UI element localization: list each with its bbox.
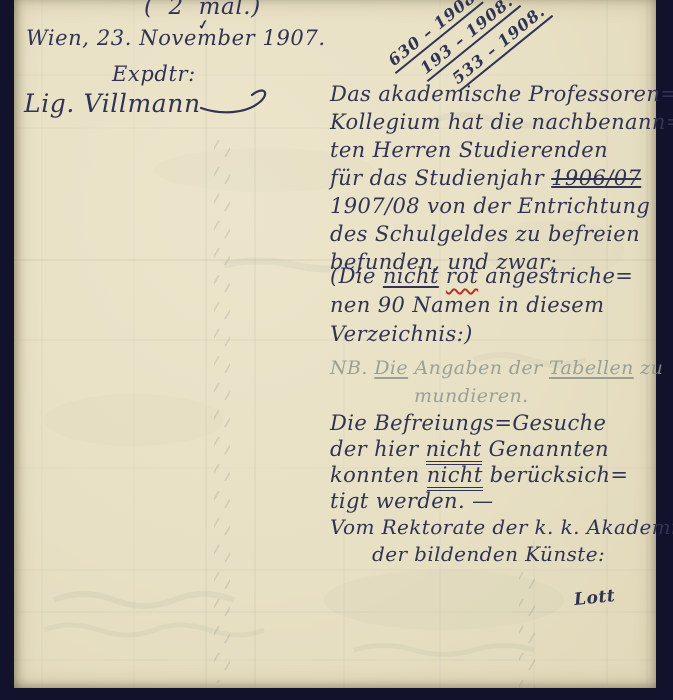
handwritten-line: der bildenden Künste: <box>372 541 673 568</box>
handwritten-line: Kollegium hat die nachbenann= <box>330 108 673 136</box>
line-text: der hier <box>330 437 426 461</box>
paragraph-resolution: Das akademische Professoren= Kollegium h… <box>330 80 673 276</box>
handwritten-line: für das Studienjahr 1906/07 <box>330 164 673 192</box>
expedite-signature-text: Lig. Villmann <box>24 89 201 118</box>
red-underlined-word: rot <box>446 264 478 288</box>
document-page: ( 2 mal.) ✓ Wien, 23. November 1907. Exp… <box>14 0 656 688</box>
underlined-word: Tabellen <box>549 357 634 379</box>
handwritten-line: Das akademische Professoren= <box>330 80 673 108</box>
handwritten-line: NB. Die Angaben der Tabellen zu <box>330 354 663 382</box>
handwritten-line: nen 90 Namen in diesem <box>330 291 633 320</box>
handwritten-line: (Die nicht rot angestriche= <box>330 262 633 291</box>
line-text: berücksich= <box>483 463 629 487</box>
handwritten-line: Verzeichnis:) <box>330 320 633 349</box>
paragraph-remark: Die Befreiungs=Gesuche der hier nicht Ge… <box>330 410 628 514</box>
handwritten-line: ten Herren Studierenden <box>330 136 673 164</box>
expedite-signature: Lig. Villmann <box>24 88 277 118</box>
line-text: angestriche= <box>478 264 633 288</box>
line-text <box>439 264 446 288</box>
expedite-label: Expdtr: <box>112 62 196 86</box>
line-text: für das Studienjahr <box>330 166 551 190</box>
line-text: Angaben der <box>408 357 549 379</box>
double-underlined-word: nicht <box>426 437 482 465</box>
line-text: NB. <box>330 357 374 379</box>
dateline: Wien, 23. November 1907. <box>26 26 326 50</box>
handwritten-line: 1907/08 von der Entrichtung <box>330 192 673 220</box>
line-text: konnten <box>330 463 427 487</box>
line-text: zu <box>634 357 664 379</box>
signature-flourish <box>199 88 277 116</box>
handwritten-line: Die Befreiungs=Gesuche <box>330 410 628 436</box>
scanned-document: ( 2 mal.) ✓ Wien, 23. November 1907. Exp… <box>0 0 673 700</box>
struck-year: 1906/07 <box>551 166 641 190</box>
handwritten-line: der hier nicht Genannten <box>330 436 628 462</box>
handwritten-line: Vom Rektorate der k. k. Akademie <box>330 514 673 541</box>
pencil-note: NB. Die Angaben der Tabellen zu mundiere… <box>330 354 663 410</box>
underlined-word: Die <box>374 357 408 379</box>
closing-formula: Vom Rektorate der k. k. Akademie der bil… <box>330 514 673 568</box>
handwritten-line: konnten nicht berücksich= <box>330 462 628 488</box>
line-text: Genannten <box>482 437 609 461</box>
handwritten-line: des Schulgeldes zu befreien <box>330 220 673 248</box>
handwritten-line: mundieren. <box>414 382 663 410</box>
double-underlined-word: nicht <box>427 463 483 491</box>
handwritten-line: tigt werden. — <box>330 488 628 514</box>
underlined-word: nicht <box>383 264 439 288</box>
paragraph-names-note: (Die nicht rot angestriche= nen 90 Namen… <box>330 262 633 349</box>
line-text: (Die <box>330 264 383 288</box>
